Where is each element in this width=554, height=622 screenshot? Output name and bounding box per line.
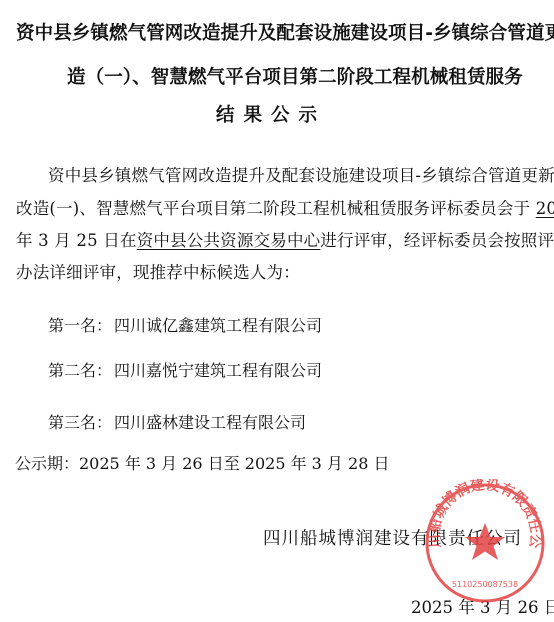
body-line-4: 办法详细评审，现推荐中标候选人为： [16,259,300,283]
candidate-row: 第一名：四川诚亿鑫建筑工程有限公司 [48,313,322,336]
evaluation-venue: 资中县公共资源交易中心 [137,231,321,250]
body-line-2: 改造(一)、智慧燃气平台项目第二阶段工程机械租赁服务评标委员会于 2025 [16,195,554,219]
seal-serial: 5110250087538 [452,580,518,589]
candidate-rank: 第二名： [48,358,114,381]
candidate-row: 第三名：四川盛林建设工程有限公司 [48,410,306,433]
title-line-2: 造（一）、智慧燃气平台项目第二阶段工程机械租赁服务 [67,63,523,89]
body-line-3: 年 3 月 25 日在资中县公共资源交易中心进行评审，经评标委员会按照评标 [16,227,554,251]
body-line-2-text: 改造(一)、智慧燃气平台项目第二阶段工程机械租赁服务评标委员会于 [16,199,536,218]
issuer-name: 四川船城博润建设有限责任公司 [263,525,522,550]
candidate-rank: 第三名： [48,410,114,433]
title-heading: 结果公示 [216,101,326,127]
candidate-rank: 第一名： [48,313,114,336]
evaluation-year: 2025 [536,199,554,218]
candidate-name: 四川盛林建设工程有限公司 [114,413,306,432]
publicity-period: 公示期：2025 年 3 月 26 日至 2025 年 3 月 28 日 [15,451,389,474]
title-line-1: 资中县乡镇燃气管网改造提升及配套设施建设项目-乡镇综合管道更新改 [16,19,554,45]
evaluation-date: 年 3 月 25 日在 [16,231,137,250]
body-line-3-text: 进行评审，经评标委员会按照评标 [320,231,554,250]
candidate-name: 四川诚亿鑫建筑工程有限公司 [114,316,322,335]
candidate-name: 四川嘉悦宁建筑工程有限公司 [114,361,322,380]
body-line-1: 资中县乡镇燃气管网改造提升及配套设施建设项目-乡镇综合管道更新 [48,162,554,186]
issue-date: 2025 年 3 月 26 日 [411,594,554,618]
candidate-row: 第二名：四川嘉悦宁建筑工程有限公司 [48,358,322,381]
